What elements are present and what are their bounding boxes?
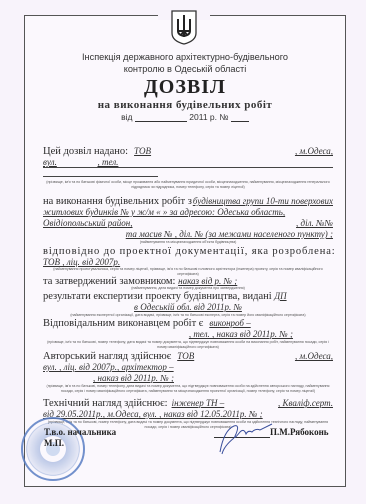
tech-value: інженер ТН – xyxy=(172,398,278,409)
tech-value-2: від 29.05.2011р., м.Одеса, вул. , наказ … xyxy=(43,409,263,419)
works-value-1: будівництва групи 10-ти поверхових xyxy=(193,196,333,207)
handwritten-signature xyxy=(214,420,274,456)
expertise-line: результати експертизи проекту будівництв… xyxy=(43,291,333,302)
number-blank xyxy=(231,112,249,122)
tech-line-2: від 29.05.2011р., м.Одеса, вул. , наказ … xyxy=(43,409,333,420)
granted-line: Цей дозвіл надано: ТОВ , м.Одеса, xyxy=(43,146,333,157)
responsible-value-2: , тел. , наказ від 2011р. № ; xyxy=(189,329,293,339)
position-line-1: Т.в.о. начальника xyxy=(44,427,116,438)
author-value-2: вул. , ліц. від 2007р., архітектор – xyxy=(43,362,174,372)
expertise-value-2: в Одеській обл. від 2011р. № xyxy=(134,302,242,312)
works-value-2: житлових будинків № у ж/м « » за адресою… xyxy=(43,207,285,217)
project-label: відповідно до проектної документації, як… xyxy=(43,246,336,257)
author-line-3: , наказ від 2011р. № ; xyxy=(43,373,333,384)
author-label: Авторський нагляд здійснює xyxy=(43,351,171,362)
granted-street: вул. xyxy=(43,157,57,167)
works-value-3b: , діл. №№ xyxy=(296,218,333,229)
responsible-caption: (прізвище, ім'я та по батькові, номер те… xyxy=(43,340,333,349)
works-line-4: та масив № , діл. № (за межами населеног… xyxy=(43,229,333,240)
works-line-3: Овідіопольський район, , діл. №№ xyxy=(43,218,333,229)
works-line: на виконання будівельних робіт з будівни… xyxy=(43,196,333,207)
project-line: відповідно до проектної документації, як… xyxy=(43,246,333,257)
position-line-2: М.П. xyxy=(44,438,116,449)
document-subtitle: на виконання будівельних робіт xyxy=(24,99,346,111)
expertise-label: результати експертизи проекту будівництв… xyxy=(43,291,272,302)
author-city: , м.Одеса, xyxy=(295,351,333,362)
org-line-1: Інспекція державного архітектурно-будіве… xyxy=(24,51,346,63)
trident-coat-of-arms-icon xyxy=(170,9,198,45)
rule xyxy=(43,176,158,177)
works-line-2: житлових будинків № у ж/м « » за адресою… xyxy=(43,207,333,218)
org-line-2: контролю в Одеській області xyxy=(24,63,346,75)
responsible-label: Відповідальним виконавцем робіт є xyxy=(43,318,203,329)
expertise-value: ДП xyxy=(274,291,286,301)
signatory-position: Т.в.о. начальника М.П. xyxy=(44,427,116,449)
rule xyxy=(43,167,333,168)
works-value-4: та масив № , діл. № (за межами населеног… xyxy=(126,229,333,239)
tech-label: Технічний нагляд здійснює: xyxy=(43,398,168,409)
issuing-authority: Інспекція державного архітектурно-будіве… xyxy=(24,51,346,75)
author-value-3: , наказ від 2011р. № ; xyxy=(93,373,174,383)
works-value-3: Овідіопольський район, xyxy=(43,218,133,229)
author-caption: (прізвище, ім'я та по батькові, номер те… xyxy=(43,384,333,393)
approved-value: наказ від р. № ; xyxy=(178,276,237,286)
responsible-line-2: , тел. , наказ від 2011р. № ; xyxy=(43,329,333,340)
signatory-name: П.М.Рябоконь xyxy=(270,427,329,437)
tech-line: Технічний нагляд здійснює: інженер ТН – … xyxy=(43,398,333,409)
document-title: ДОЗВІЛ xyxy=(24,76,346,99)
date-prefix: від xyxy=(121,112,132,122)
author-line-2: вул. , ліц. від 2007р., архітектор – xyxy=(43,362,333,373)
expertise-caption: (найменування експертної організації, да… xyxy=(43,313,333,318)
works-caption: (найменування та місцезнаходження об'єкт… xyxy=(43,240,333,245)
permit-date-line: від 2011 р. № xyxy=(24,112,346,122)
responsible-value: виконроб – xyxy=(209,318,333,329)
project-value: ТОВ , ліц. від 2007р. xyxy=(43,257,120,267)
date-year: 2011 р. № xyxy=(189,112,228,122)
author-line: Авторський нагляд здійснює ТОВ , м.Одеса… xyxy=(43,351,333,362)
granted-value: ТОВ xyxy=(134,146,295,157)
tech-cert: , Кваліф.серт. xyxy=(278,398,333,409)
works-label: на виконання будівельних робіт з xyxy=(43,196,192,207)
responsible-line: Відповідальним виконавцем робіт є виконр… xyxy=(43,318,333,329)
granted-city: , м.Одеса, xyxy=(295,146,333,157)
granted-tel: , тел. xyxy=(97,157,118,167)
approved-caption: (найменування, дата видачі та номер доку… xyxy=(43,286,333,291)
granted-caption: (прізвище, ім'я та по батькові фізичної … xyxy=(43,180,333,189)
author-value: ТОВ xyxy=(177,351,295,362)
project-caption: (найменування проектувальника, серія та … xyxy=(43,267,333,276)
date-blank xyxy=(135,112,187,122)
granted-label: Цей дозвіл надано: xyxy=(43,146,128,157)
expertise-line-2: в Одеській обл. від 2011р. № xyxy=(43,302,333,313)
